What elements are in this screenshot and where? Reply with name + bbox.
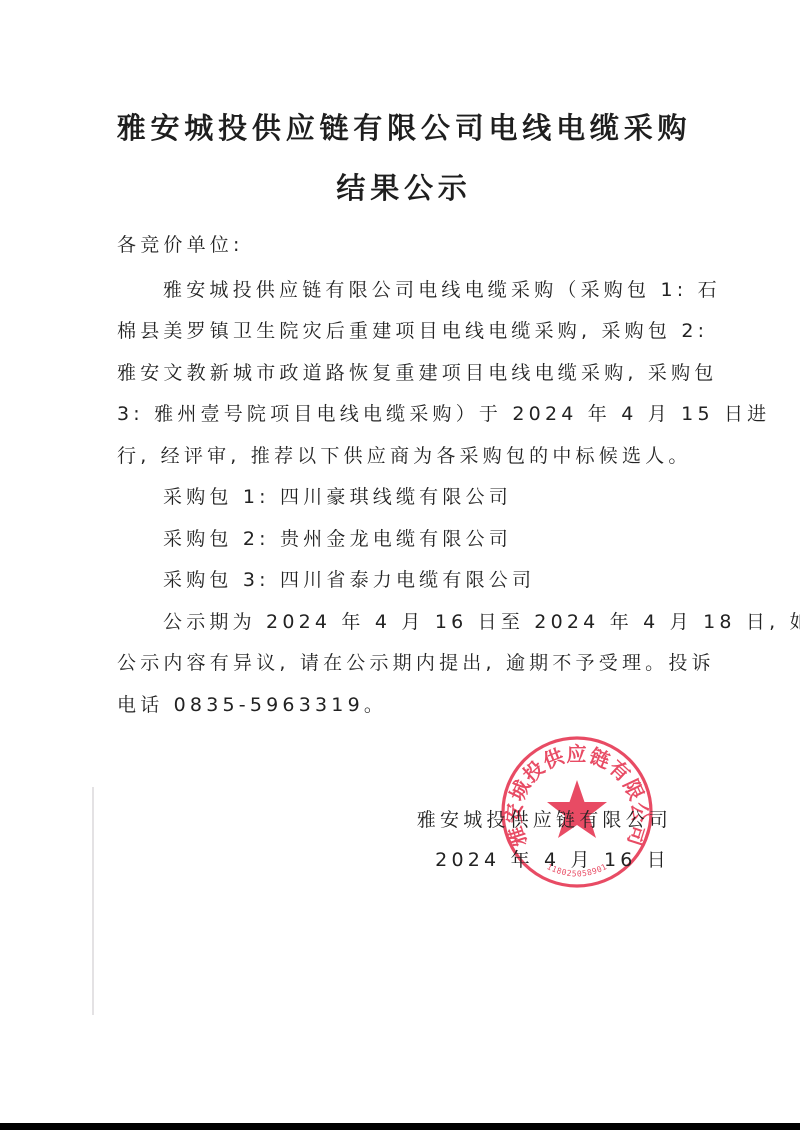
complaint-phone-line: 电话 0835-5963319。 [117, 692, 387, 718]
scan-bottom-border [0, 1123, 800, 1130]
greeting: 各竞价单位: [117, 232, 244, 258]
body-line: 雅安城投供应链有限公司电线电缆采购（采购包 1: 石 [163, 277, 721, 303]
body-line: 3: 雅州壹号院项目电线电缆采购）于 2024 年 4 月 15 日进 [117, 401, 770, 427]
winner-package-3: 采购包 3: 四川省泰力电缆有限公司 [163, 567, 535, 593]
signature-organization: 雅安城投供应链有限公司 [417, 807, 672, 833]
body-line: 雅安文教新城市政道路恢复重建项目电线电缆采购, 采购包 [117, 360, 717, 386]
document-title-line2: 结果公示 [0, 170, 800, 206]
document-title-line1: 雅安城投供应链有限公司电线电缆采购 [0, 110, 800, 146]
body-line: 公示内容有异议, 请在公示期内提出, 逾期不予受理。投诉 [117, 650, 715, 676]
winner-package-1: 采购包 1: 四川豪琪线缆有限公司 [163, 484, 512, 510]
body-line: 棉县美罗镇卫生院灾后重建项目电线电缆采购, 采购包 2: [117, 318, 708, 344]
body-line: 公示期为 2024 年 4 月 16 日至 2024 年 4 月 18 日, 如… [163, 609, 800, 635]
scan-artifact-line [92, 787, 94, 1015]
winner-package-2: 采购包 2: 贵州金龙电缆有限公司 [163, 526, 512, 552]
signature-date: 2024 年 4 月 16 日 [435, 847, 670, 873]
document-page: 雅安城投供应链有限公司电线电缆采购 结果公示 各竞价单位: 雅安城投供应链有限公… [0, 0, 800, 1123]
body-line: 行, 经评审, 推荐以下供应商为各采购包的中标候选人。 [117, 443, 692, 469]
